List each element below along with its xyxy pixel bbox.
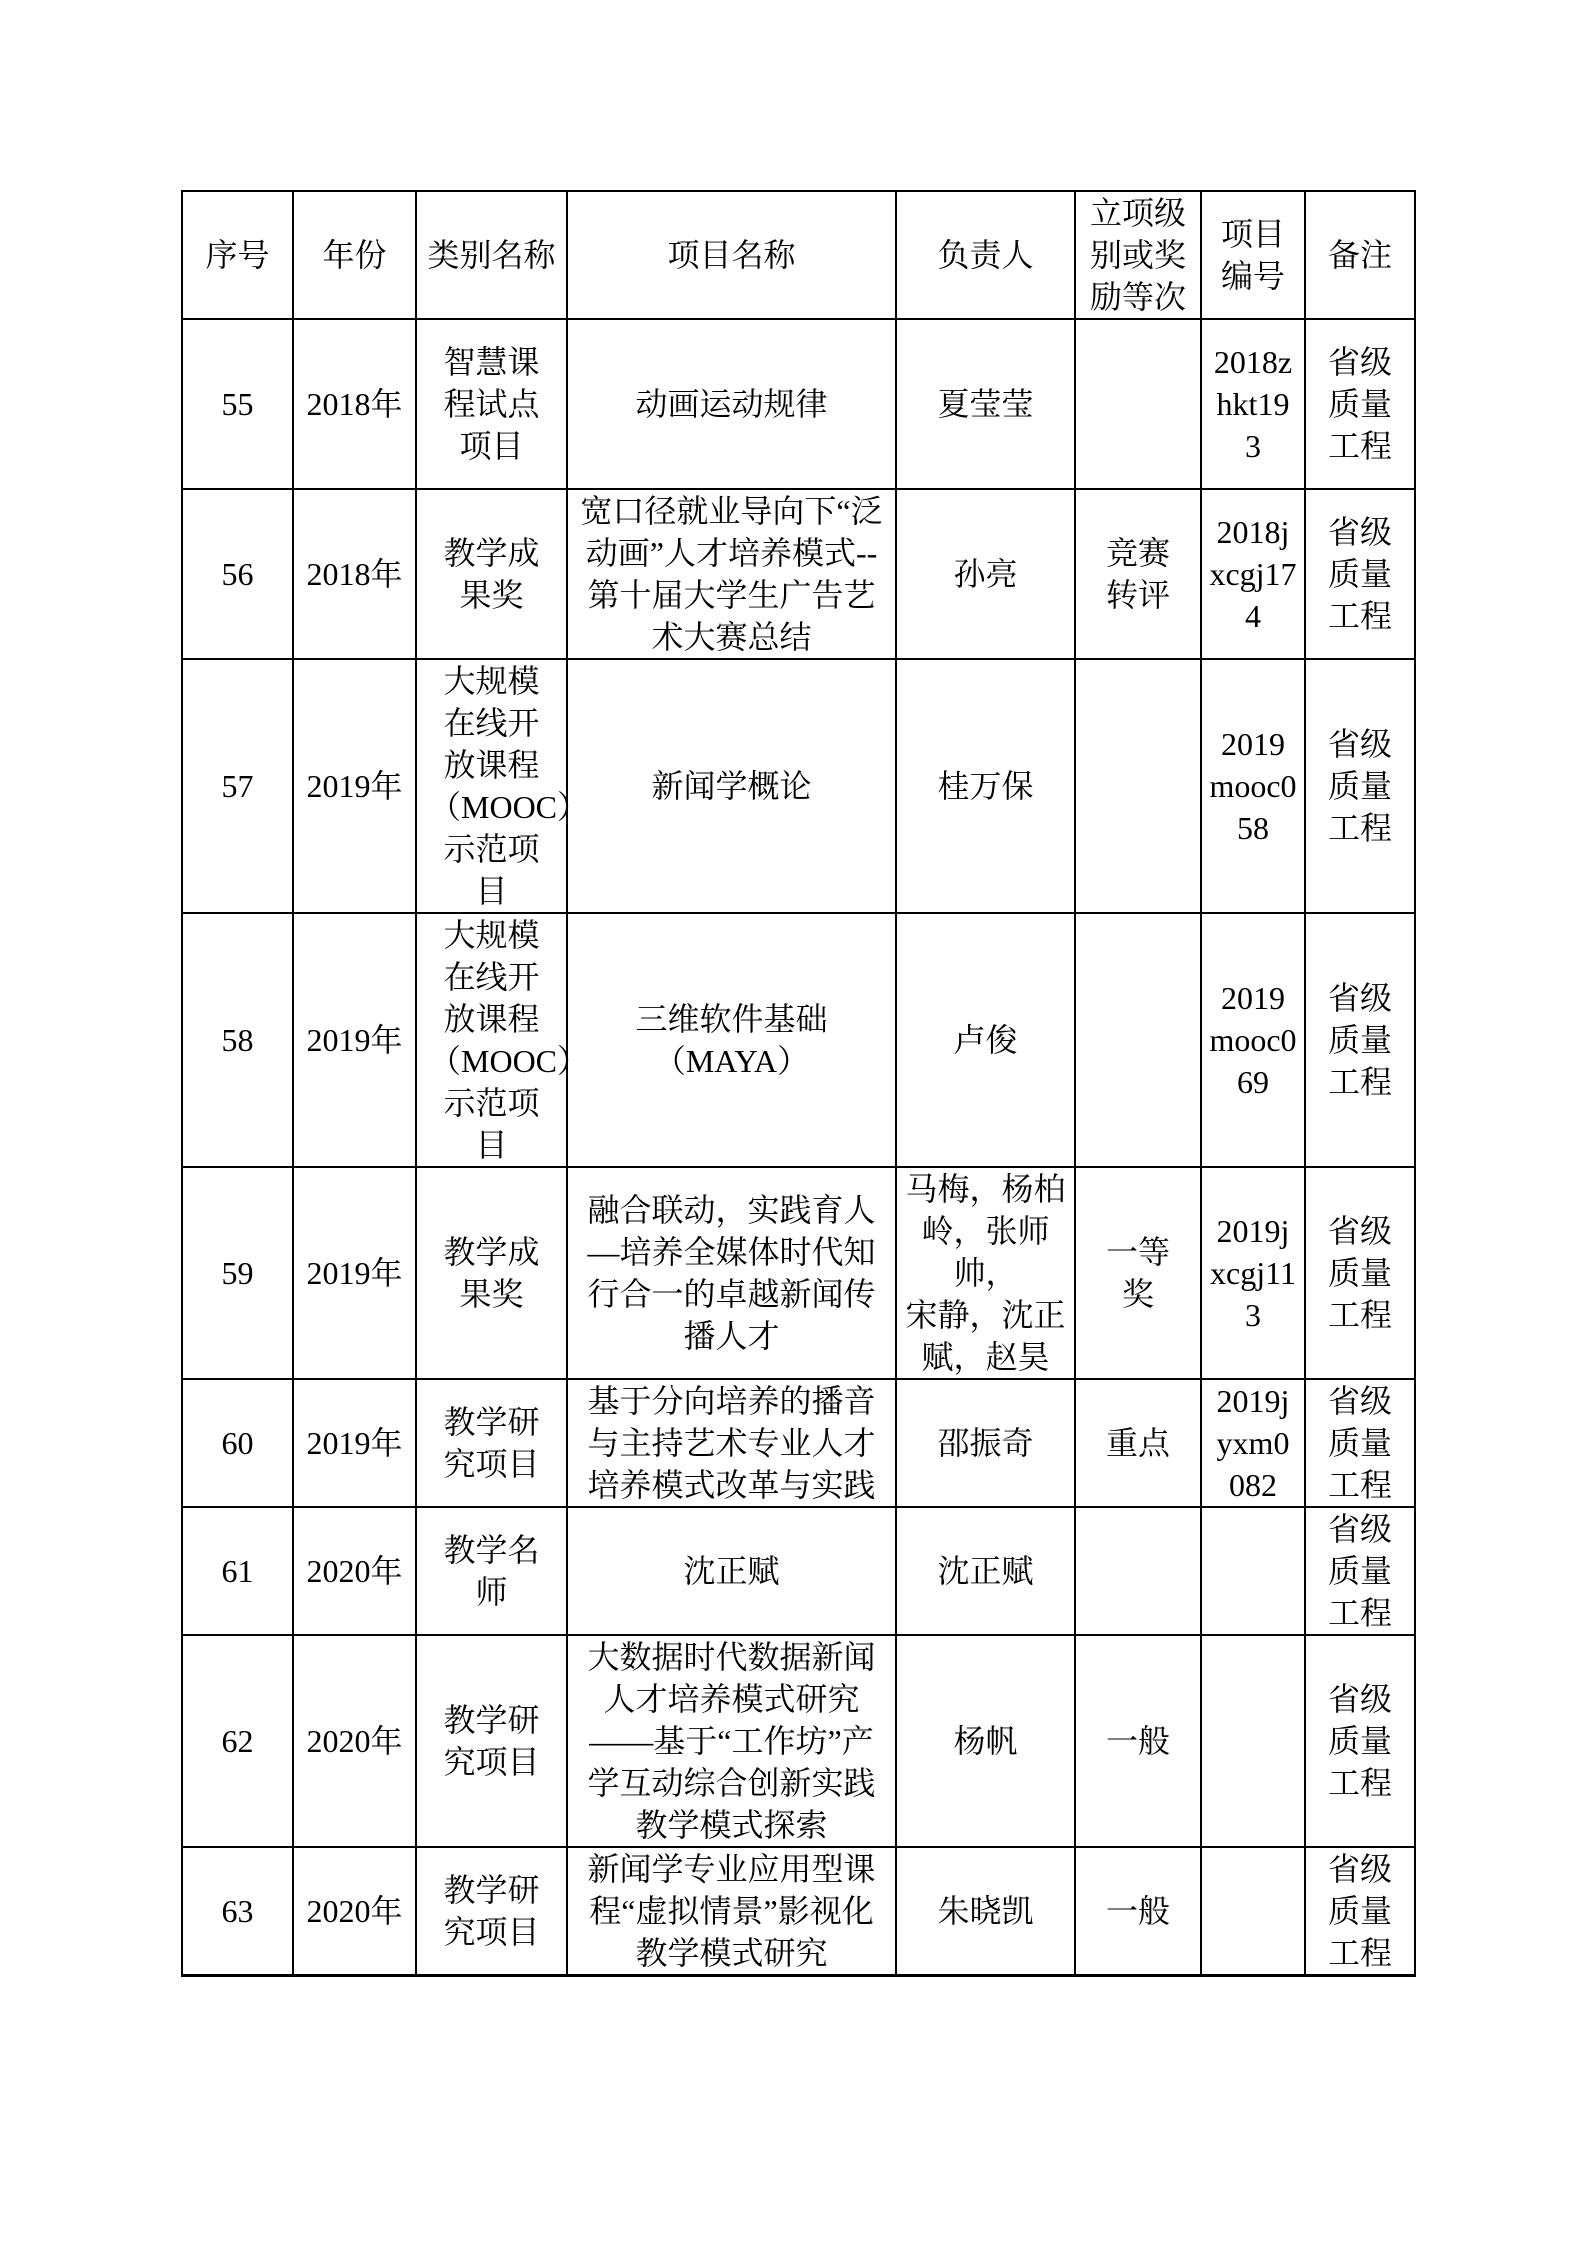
cell-note: 省级质量工程 — [1305, 1507, 1415, 1635]
cell-note: 省级质量工程 — [1305, 1167, 1415, 1379]
cell-note: 省级质量工程 — [1305, 1379, 1415, 1507]
cell-level: 一般 — [1075, 1847, 1201, 1976]
cell-note: 省级质量工程 — [1305, 659, 1415, 913]
cell-category: 教学成果奖 — [416, 489, 567, 659]
cell-project: 融合联动，实践育人—培养全媒体时代知行合一的卓越新闻传播人才 — [567, 1167, 896, 1379]
cell-year: 2020年 — [293, 1635, 416, 1847]
cell-level: 重点 — [1075, 1379, 1201, 1507]
cell-project: 基于分向培养的播音与主持艺术专业人才培养模式改革与实践 — [567, 1379, 896, 1507]
cell-level — [1075, 659, 1201, 913]
table-row: 57 2019年 大规模在线开放课程（MOOC）示范项目 新闻学概论 桂万保 2… — [182, 659, 1415, 913]
cell-year: 2019年 — [293, 913, 416, 1167]
cell-level: 一般 — [1075, 1635, 1201, 1847]
cell-year: 2020年 — [293, 1507, 416, 1635]
cell-note: 省级质量工程 — [1305, 319, 1415, 489]
cell-code: 2019jxcgj113 — [1201, 1167, 1305, 1379]
cell-category: 教学成果奖 — [416, 1167, 567, 1379]
cell-code: 2019jyxm0082 — [1201, 1379, 1305, 1507]
table-row: 56 2018年 教学成果奖 宽口径就业导向下“泛动画”人才培养模式--第十届大… — [182, 489, 1415, 659]
header-project: 项目名称 — [567, 191, 896, 319]
cell-serial: 58 — [182, 913, 293, 1167]
header-leader: 负责人 — [896, 191, 1075, 319]
cell-serial: 60 — [182, 1379, 293, 1507]
cell-level — [1075, 1507, 1201, 1635]
cell-leader: 夏莹莹 — [896, 319, 1075, 489]
header-level: 立项级别或奖励等次 — [1075, 191, 1201, 319]
cell-project: 三维软件基础（MAYA） — [567, 913, 896, 1167]
cell-category: 大规模在线开放课程（MOOC）示范项目 — [416, 659, 567, 913]
cell-project: 宽口径就业导向下“泛动画”人才培养模式--第十届大学生广告艺术大赛总结 — [567, 489, 896, 659]
cell-level: 竞赛 转评 — [1075, 489, 1201, 659]
cell-category: 教学名师 — [416, 1507, 567, 1635]
cell-level — [1075, 913, 1201, 1167]
header-serial: 序号 — [182, 191, 293, 319]
cell-note: 省级质量工程 — [1305, 1847, 1415, 1976]
cell-year: 2018年 — [293, 489, 416, 659]
cell-leader: 卢俊 — [896, 913, 1075, 1167]
cell-serial: 61 — [182, 1507, 293, 1635]
cell-leader: 桂万保 — [896, 659, 1075, 913]
table-body: 55 2018年 智慧课程试点项目 动画运动规律 夏莹莹 2018zhkt193… — [182, 319, 1415, 1976]
cell-year: 2019年 — [293, 1167, 416, 1379]
cell-serial: 57 — [182, 659, 293, 913]
cell-serial: 63 — [182, 1847, 293, 1976]
document-page: 序号 年份 类别名称 项目名称 负责人 立项级别或奖励等次 项目编号 备注 55… — [0, 0, 1587, 2245]
cell-year: 2019年 — [293, 1379, 416, 1507]
header-row: 序号 年份 类别名称 项目名称 负责人 立项级别或奖励等次 项目编号 备注 — [182, 191, 1415, 319]
cell-leader: 邵振奇 — [896, 1379, 1075, 1507]
cell-serial: 55 — [182, 319, 293, 489]
cell-project: 大数据时代数据新闻人才培养模式研究——基于“工作坊”产学互动综合创新实践教学模式… — [567, 1635, 896, 1847]
header-note: 备注 — [1305, 191, 1415, 319]
cell-code: 2018zhkt193 — [1201, 319, 1305, 489]
cell-category: 教学研究项目 — [416, 1635, 567, 1847]
cell-category: 大规模在线开放课程（MOOC）示范项目 — [416, 913, 567, 1167]
table-row: 63 2020年 教学研究项目 新闻学专业应用型课程“虚拟情景”影视化教学模式研… — [182, 1847, 1415, 1976]
cell-year: 2019年 — [293, 659, 416, 913]
cell-category: 教学研究项目 — [416, 1847, 567, 1976]
cell-project: 新闻学概论 — [567, 659, 896, 913]
cell-leader: 杨帆 — [896, 1635, 1075, 1847]
table-row: 59 2019年 教学成果奖 融合联动，实践育人—培养全媒体时代知行合一的卓越新… — [182, 1167, 1415, 1379]
cell-project: 动画运动规律 — [567, 319, 896, 489]
cell-note: 省级质量工程 — [1305, 913, 1415, 1167]
cell-year: 2018年 — [293, 319, 416, 489]
cell-project: 新闻学专业应用型课程“虚拟情景”影视化教学模式研究 — [567, 1847, 896, 1976]
cell-level — [1075, 319, 1201, 489]
cell-year: 2020年 — [293, 1847, 416, 1976]
table-row: 58 2019年 大规模在线开放课程（MOOC）示范项目 三维软件基础（MAYA… — [182, 913, 1415, 1167]
cell-leader: 沈正赋 — [896, 1507, 1075, 1635]
cell-serial: 62 — [182, 1635, 293, 1847]
cell-leader: 朱晓凯 — [896, 1847, 1075, 1976]
cell-category: 智慧课程试点项目 — [416, 319, 567, 489]
table-row: 55 2018年 智慧课程试点项目 动画运动规律 夏莹莹 2018zhkt193… — [182, 319, 1415, 489]
table-row: 61 2020年 教学名师 沈正赋 沈正赋 省级质量工程 — [182, 1507, 1415, 1635]
table-row: 62 2020年 教学研究项目 大数据时代数据新闻人才培养模式研究——基于“工作… — [182, 1635, 1415, 1847]
cell-code: 2019mooc069 — [1201, 913, 1305, 1167]
cell-note: 省级质量工程 — [1305, 489, 1415, 659]
cell-leader: 孙亮 — [896, 489, 1075, 659]
cell-code — [1201, 1507, 1305, 1635]
cell-category: 教学研究项目 — [416, 1379, 567, 1507]
table-row: 60 2019年 教学研究项目 基于分向培养的播音与主持艺术专业人才培养模式改革… — [182, 1379, 1415, 1507]
cell-code: 2019mooc058 — [1201, 659, 1305, 913]
cell-note: 省级质量工程 — [1305, 1635, 1415, 1847]
cell-level: 一等 奖 — [1075, 1167, 1201, 1379]
header-year: 年份 — [293, 191, 416, 319]
cell-code — [1201, 1847, 1305, 1976]
cell-code — [1201, 1635, 1305, 1847]
cell-serial: 56 — [182, 489, 293, 659]
header-code: 项目编号 — [1201, 191, 1305, 319]
projects-table: 序号 年份 类别名称 项目名称 负责人 立项级别或奖励等次 项目编号 备注 55… — [181, 190, 1416, 1977]
cell-code: 2018jxcgj174 — [1201, 489, 1305, 659]
cell-project: 沈正赋 — [567, 1507, 896, 1635]
cell-serial: 59 — [182, 1167, 293, 1379]
header-category: 类别名称 — [416, 191, 567, 319]
cell-leader: 马梅，杨柏岭，张师帅， 宋静，沈正赋，赵昊 — [896, 1167, 1075, 1379]
